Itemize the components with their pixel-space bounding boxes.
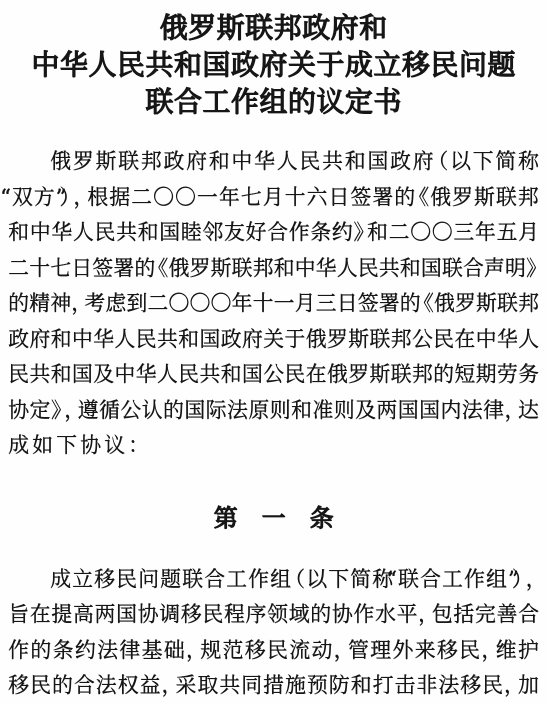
- text-line: “双方”），根据二〇〇一年七月十六日签署的《俄罗斯联邦: [8, 180, 539, 216]
- text-line: 俄罗斯联邦政府和中华人民共和国政府（以下简称: [8, 144, 539, 180]
- text-line: 和中华人民共和国睦邻友好合作条约》和二〇〇三年五月: [8, 215, 539, 251]
- text-line: 作的条约法律基础，规范移民流动，管理外来移民，维护: [8, 633, 539, 669]
- article-1-heading: 第 一 条: [8, 503, 539, 533]
- title-line: 俄罗斯联邦政府和: [8, 9, 539, 46]
- text-line: 协定》，遵循公认的国际法原则和准则及两国国内法律，达: [8, 393, 539, 429]
- text-line: 的精神，考虑到二〇〇〇年十一月三日签署的《俄罗斯联邦: [8, 286, 539, 322]
- text-line: 成如下协议：: [8, 428, 539, 464]
- document-title: 俄罗斯联邦政府和 中华人民共和国政府关于成立移民问题 联合工作组的议定书: [8, 8, 539, 120]
- title-line: 中华人民共和国政府关于成立移民问题: [8, 46, 539, 83]
- text-line: 移民的合法权益，采取共同措施预防和打击非法移民，加: [8, 668, 539, 703]
- preamble-paragraph: 俄罗斯联邦政府和中华人民共和国政府（以下简称 “双方”），根据二〇〇一年七月十六…: [8, 144, 539, 464]
- text-line: 民共和国及中华人民共和国公民在俄罗斯联邦的短期劳务: [8, 357, 539, 393]
- text-line: 政府和中华人民共和国政府关于俄罗斯联邦公民在中华人: [8, 322, 539, 358]
- article-1-paragraph: 成立移民问题联合工作组（以下简称“联合工作组”）， 旨在提高两国协调移民程序领域…: [8, 562, 539, 703]
- title-line: 联合工作组的议定书: [8, 83, 539, 120]
- text-line: 二十七日签署的《俄罗斯联邦和中华人民共和国联合声明》: [8, 251, 539, 287]
- text-line: 成立移民问题联合工作组（以下简称“联合工作组”），: [8, 562, 539, 598]
- text-line: 旨在提高两国协调移民程序领域的协作水平，包括完善合: [8, 597, 539, 633]
- document-page: 俄罗斯联邦政府和 中华人民共和国政府关于成立移民问题 联合工作组的议定书 俄罗斯…: [0, 0, 547, 703]
